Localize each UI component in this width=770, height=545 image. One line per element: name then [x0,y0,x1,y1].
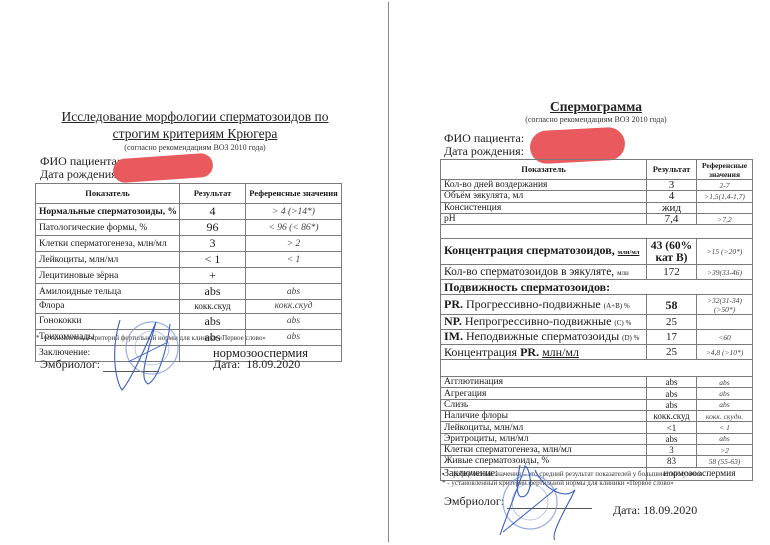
concentration-label: Концентрация сперматозоидов, [444,243,615,257]
result-value: 83 [647,456,697,467]
table-row: Гонококкиabsabs [36,313,342,329]
concentration-reference: >15 (>20*) [697,239,753,265]
motility-unit: (C) % [614,319,631,327]
table-row: Клетки сперматогенеза, млн/мл3> 2 [36,236,342,252]
embryologist-label: Эмбриолог: [40,357,100,371]
indicator-name: IM. Неподвижные сперматозоиды (D) % [441,330,647,345]
reference-value: > 4 (>14*) [246,204,342,220]
pr-concentration-unit: млн/мл [542,345,579,359]
birth-date-row: Дата рождения: [444,144,524,159]
birth-date-label: Дата рождения: [444,144,524,158]
reference-value: >7,2 [697,213,753,224]
table-row: Амилоидные тельцаabsabs [36,284,342,300]
result-value: кокк.скуд [180,300,246,314]
reference-value [697,315,753,330]
reference-value [697,202,753,213]
table-row: Агрегацияabsabs [441,388,753,399]
table-row: Консистенцияжид [441,202,753,213]
reference-value: 2-7 [697,180,753,191]
total-count-reference: >39(33-46) [697,265,753,280]
pr-abbr: PR. [520,345,539,359]
indicator-name: Агрегация [441,388,647,399]
indicator-name: Кол-во дней воздержания [441,180,647,191]
indicator-name: Лейкоциты, млн/мл [36,252,180,268]
table-row: Эритроциты, млн/млabsabs [441,433,753,444]
indicator-name: Объём эякулята, мл [441,191,647,202]
result-value: abs [180,284,246,300]
header-result: Результат [647,160,697,180]
result-value: 4 [647,191,697,202]
reference-value: <60 [697,330,753,345]
table-row: Кол-во дней воздержания32-7 [441,180,753,191]
result-value: abs [647,399,697,410]
report-title: Спермограмма [440,99,752,115]
indicator-name: pH [441,213,647,224]
total-count-unit: млн [617,269,629,277]
motility-abbr: IM. [444,330,463,344]
result-value: < 1 [180,252,246,268]
pr-concentration-label: Концентрация [444,345,517,359]
result-value: 4 [180,204,246,220]
title-line-2: строгим критериям Крюгера [20,125,370,142]
reference-value: >2 [697,444,753,455]
indicator-name: Слизь [441,399,647,410]
reference-value: 58 (55-63) [697,456,753,467]
table-row: Флоракокк.скудкокк.скуд [36,300,342,314]
reference-value: > 2 [246,236,342,252]
date-row: Дата: 18.09.2020 [213,357,300,372]
result-value: abs [647,433,697,444]
indicator-name: Патологические формы, % [36,220,180,236]
pr-concentration-result: 25 [647,345,697,360]
total-count-row: Кол-во сперматозоидов в эякуляте, млн 17… [441,265,753,280]
result-value: + [180,268,246,284]
title-line-1: Исследование морфологии сперматозоидов п… [20,108,370,125]
motility-row: IM. Неподвижные сперматозоиды (D) %17<60 [441,330,753,345]
date-label: Дата: [213,357,240,371]
reference-value: < 96 (< 86*) [246,220,342,236]
reference-value: abs [697,433,753,444]
table-row: Лейкоциты, млн/мл<1< 1 [441,422,753,433]
indicator-name: Эритроциты, млн/мл [441,433,647,444]
table-row: Лецитиновые зёрна+ [36,268,342,284]
reference-value: abs [246,284,342,300]
result-value: 17 [647,330,697,345]
indicator-name: Нормальные сперматозоиды, % [36,204,180,220]
motility-unit: (D) % [622,334,639,342]
indicator-name: Лейкоциты, млн/мл [441,422,647,433]
concentration-row: Концентрация сперматозоидов, млн/мл 43 (… [441,239,753,265]
page-divider [388,2,389,542]
indicator-name: NP. Непрогрессивно-подвижные (C) % [441,315,647,330]
report-subtitle: (согласно рекомендациям ВОЗ 2010 года) [20,143,370,152]
motility-abbr: PR. [444,297,463,311]
concentration-unit: млн/мл [618,249,640,256]
result-value: 3 [647,180,697,191]
indicator-name: Клетки сперматогенеза, млн/мл [36,236,180,252]
spermogram-table: Показатель Результат Референсные значени… [440,159,753,481]
report-subtitle: (согласно рекомендациям ВОЗ 2010 года) [440,115,752,124]
total-count-result: 172 [647,265,697,280]
reference-value: abs [697,388,753,399]
table-row: Слизьabsabs [441,399,753,410]
table-header-row: Показатель Результат Референсные значени… [441,160,753,180]
result-value: 3 [647,444,697,455]
table-row: Патологические формы, %96< 96 (< 86*) [36,220,342,236]
concentration-result: 43 (60% кат В) [647,239,697,265]
report-title: Исследование морфологии сперматозоидов п… [20,108,370,142]
reference-value [246,268,342,284]
result-value: abs [647,377,697,388]
date-value: 18.09.2020 [643,503,697,517]
motility-row: NP. Непрогрессивно-подвижные (C) %25 [441,315,753,330]
reference-value: abs [246,313,342,329]
date-row: Дата: 18.09.2020 [613,503,697,518]
table-row: Нормальные сперматозоиды, %4> 4 (>14*) [36,204,342,220]
result-value: 3 [180,236,246,252]
redaction-mark [112,153,213,184]
motility-unit: (A+B) % [604,302,630,310]
clinic-stamp-icon [495,460,585,545]
reference-value: кокк.скуд [246,300,342,314]
reference-value: abs [697,377,753,388]
result-value: <1 [647,422,697,433]
date-value: 18.09.2020 [246,357,300,371]
result-value: abs [647,388,697,399]
table-row: Клетки сперматогенеза, млн/мл3>2 [441,444,753,455]
result-value: 58 [647,295,697,315]
indicator-name: Наличие флоры [441,411,647,422]
result-value: 25 [647,315,697,330]
header-indicator: Показатель [441,160,647,180]
spacer-row [441,225,753,239]
total-count-label: Кол-во сперматозоидов в эякуляте, [444,266,614,278]
header-result: Результат [180,184,246,204]
birth-date-label: Дата рождения: [40,167,120,181]
table-header-row: Показатель Результат Референсные значени… [36,184,342,204]
result-value: кокк.скуд [647,411,697,422]
patient-name-label: ФИО пациента: [444,131,524,145]
reference-value: < 1 [246,252,342,268]
reference-value: < 1 [697,422,753,433]
result-value: abs [180,313,246,329]
indicator-name: Амилоидные тельца [36,284,180,300]
patient-name-label: ФИО пациента: [40,154,120,168]
motility-section-header: Подвижность сперматозоидов: [441,280,753,295]
result-value: 96 [180,220,246,236]
clinic-stamp-icon [108,312,188,397]
table-row: Наличие флорыкокк.скудкокк. скудн. [441,411,753,422]
indicator-name: Агглютинация [441,377,647,388]
motility-section-row: Подвижность сперматозоидов: [441,280,753,295]
motility-abbr: NP. [444,315,462,329]
motility-name: Прогрессивно-подвижные [466,297,601,311]
result-value: жид [647,202,697,213]
reference-value: abs [697,399,753,410]
reference-value: >1,5(1,4-1,7) [697,191,753,202]
motility-row: PR. Прогрессивно-подвижные (A+B) %58>32(… [441,295,753,315]
indicator-name: Консистенция [441,202,647,213]
indicator-name: PR. Прогрессивно-подвижные (A+B) % [441,295,647,315]
motility-name: Неподвижные сперматозоиды [466,330,619,344]
reference-value: >32(31-34) (>50*) [697,295,753,315]
reference-value: кокк. скудн. [697,411,753,422]
result-value: 7,4 [647,213,697,224]
date-label: Дата: [613,503,640,517]
spacer-row [441,360,753,377]
table-row: Объём эякулята, мл4>1,5(1,4-1,7) [441,191,753,202]
header-indicator: Показатель [36,184,180,204]
motility-name: Непрогрессивно-подвижные [465,315,612,329]
table-row: Лейкоциты, млн/мл< 1< 1 [36,252,342,268]
indicator-name: Лецитиновые зёрна [36,268,180,284]
table-row: Агглютинацияabsabs [441,377,753,388]
table-row: Живые сперматозоиды, %8358 (55-63) [441,456,753,467]
header-reference: Референсные значения [697,160,753,180]
pr-concentration-row: Концентрация PR. млн/мл 25 >4,8 (>10*) [441,345,753,360]
indicator-name: Клетки сперматогенеза, млн/мл [441,444,647,455]
birth-date-row: Дата рождения: [40,167,120,182]
table-row: pH7,4>7,2 [441,213,753,224]
header-reference: Референсные значения [246,184,342,204]
pr-concentration-reference: >4,8 (>10*) [697,345,753,360]
